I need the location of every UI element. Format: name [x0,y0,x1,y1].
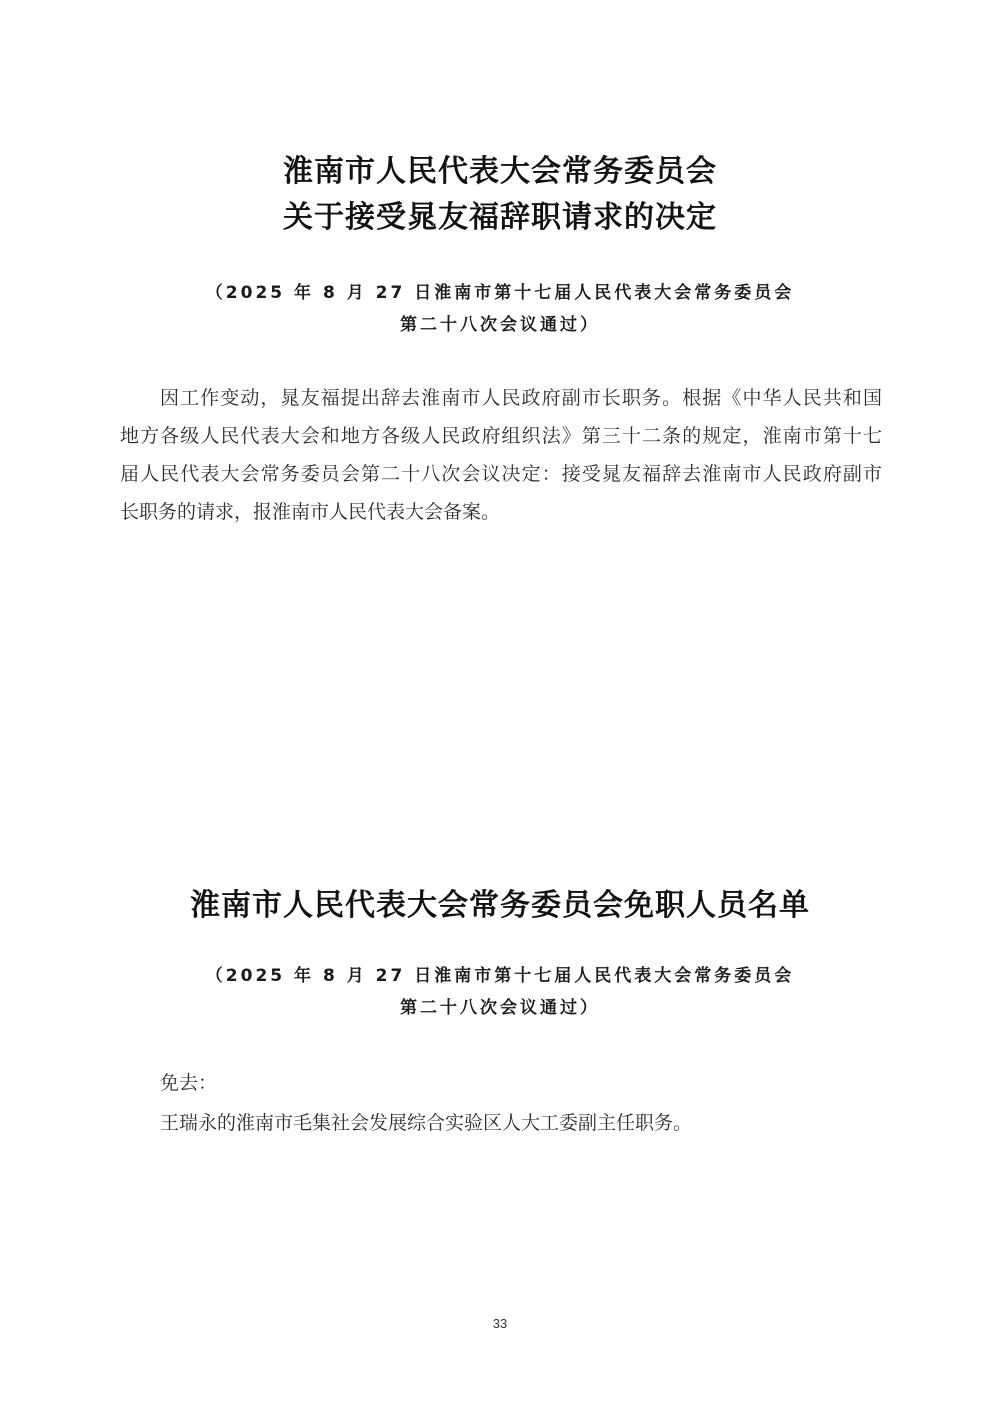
dismissal-adoption-note-line-2: 第二十八次会议通过） [0,992,1000,1024]
decision-body-line-1: 因工作变动，晁友福提出辞去淮南市人民政府副市长职务。根据《中华人民共和国 [120,379,882,417]
decision-body-line-2: 地方各级人民代表大会和地方各级人民政府组织法》第三十二条的规定，淮南市第十七 [120,417,882,455]
decision-body-paragraph: 因工作变动，晁友福提出辞去淮南市人民政府副市长职务。根据《中华人民共和国 地方各… [120,379,882,531]
decision-title: 淮南市人民代表大会常务委员会 关于接受晁友福辞职请求的决定 [0,149,1000,241]
dismissal-list-title-line: 淮南市人民代表大会常务委员会免职人员名单 [0,883,1000,929]
decision-adoption-note: （2025 年 8 月 27 日淮南市第十七届人民代表大会常务委员会 第二十八次… [0,277,1000,341]
decision-body-line-3: 届人民代表大会常务委员会第二十八次会议决定：接受晁友福辞去淮南市人民政府副市 [120,455,882,493]
page-number: 33 [0,1316,1000,1331]
dismissal-adoption-note: （2025 年 8 月 27 日淮南市第十七届人民代表大会常务委员会 第二十八次… [0,960,1000,1024]
document-page: 淮南市人民代表大会常务委员会 关于接受晁友福辞职请求的决定 （2025 年 8 … [0,0,1000,1415]
decision-title-line-1: 淮南市人民代表大会常务委员会 [0,149,1000,195]
decision-body-line-4: 长职务的请求，报淮南市人民代表大会备案。 [120,493,882,531]
decision-adoption-note-line-1: （2025 年 8 月 27 日淮南市第十七届人民代表大会常务委员会 [0,277,1000,309]
dismissal-list-title: 淮南市人民代表大会常务委员会免职人员名单 [0,883,1000,929]
decision-adoption-note-line-2: 第二十八次会议通过） [0,309,1000,341]
dismissal-label: 免去： [160,1064,217,1102]
decision-title-line-2: 关于接受晁友福辞职请求的决定 [0,195,1000,241]
dismissal-adoption-note-line-1: （2025 年 8 月 27 日淮南市第十七届人民代表大会常务委员会 [0,960,1000,992]
dismissal-item: 王瑞永的淮南市毛集社会发展综合实验区人大工委副主任职务。 [160,1104,692,1142]
